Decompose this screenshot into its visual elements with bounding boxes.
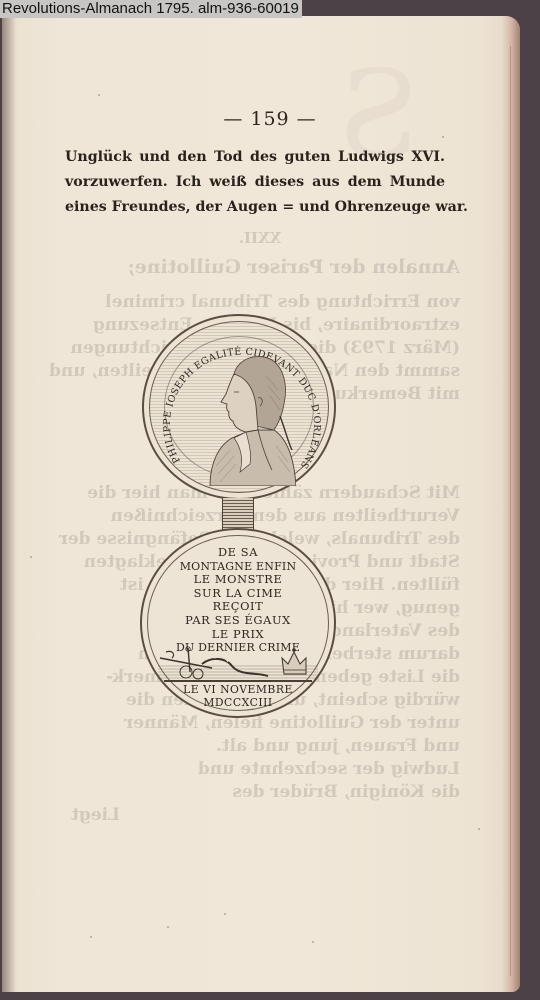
gutter-shadow <box>2 16 16 992</box>
inscription-line: LE PRIX <box>142 628 334 642</box>
page-edge-line <box>510 46 511 976</box>
bleed-line: von Errichtung des Tribunal criminel <box>60 292 460 312</box>
page-fore-edge <box>502 16 520 992</box>
inscription-line: PAR SES ÉGAUX <box>142 614 334 628</box>
inscription-line: LE MONSTRE <box>142 573 334 587</box>
paper-speck <box>90 936 92 938</box>
inscription-line: SUR LA CIME <box>142 587 334 601</box>
paper-speck <box>167 926 169 928</box>
paper-speck <box>312 941 314 943</box>
paper-speck <box>98 94 100 96</box>
bleed-line: die Königin, Brüder des <box>60 782 460 802</box>
bleed-line: XXII. <box>60 229 460 247</box>
page-number: — 159 — <box>0 108 540 130</box>
body-text: Unglück und den Tod des guten Ludwigs XV… <box>65 145 445 220</box>
date-line: MDCCXCIII <box>142 696 334 709</box>
medal-reverse: DE SA MONTAGNE ENFIN LE MONSTRE SUR LA C… <box>140 528 336 718</box>
text-line: vorzuwerfen. Ich weiß dieses aus dem Mun… <box>65 170 445 195</box>
serpent-crown-scene-icon <box>152 646 324 682</box>
inscription-line: MONTAGNE ENFIN <box>142 560 334 574</box>
medal-obverse: PHILIPPE IOSEPH EGALITÉ CIDEVANT DUC D'O… <box>142 314 336 500</box>
paper-speck <box>224 913 226 915</box>
exergue-line <box>164 680 312 682</box>
paper-speck <box>30 556 32 558</box>
paper-speck <box>442 136 444 138</box>
medal-reverse-inscription: DE SA MONTAGNE ENFIN LE MONSTRE SUR LA C… <box>142 546 334 655</box>
document-title-label: Revolutions-Almanach 1795. alm-936-60019 <box>0 0 302 18</box>
bleed-line: unter der Guillotine fielen, Männer <box>60 713 460 733</box>
bleed-line: Verurtheilten aus den Verzeichnißen <box>60 506 460 526</box>
bleed-line: Liegt <box>60 805 120 825</box>
inscription-line: REÇOIT <box>142 600 334 614</box>
text-line: Unglück und den Tod des guten Ludwigs XV… <box>65 145 445 170</box>
inscription-line: DE SA <box>142 546 334 560</box>
bleed-line: und Frauen, jung und alt. <box>60 736 460 756</box>
text-line: eines Freundes, der Augen = und Ohrenzeu… <box>65 195 445 220</box>
portrait-bust-icon <box>196 346 296 486</box>
bleed-line: Ludwig der sechzehnte und <box>60 759 460 779</box>
paper-speck <box>478 828 480 830</box>
medal-date: LE VI NOVEMBRE MDCCXCIII <box>142 683 334 709</box>
bleed-line: Annalen der Pariser Guillotine; <box>60 256 460 278</box>
date-line: LE VI NOVEMBRE <box>142 683 334 696</box>
